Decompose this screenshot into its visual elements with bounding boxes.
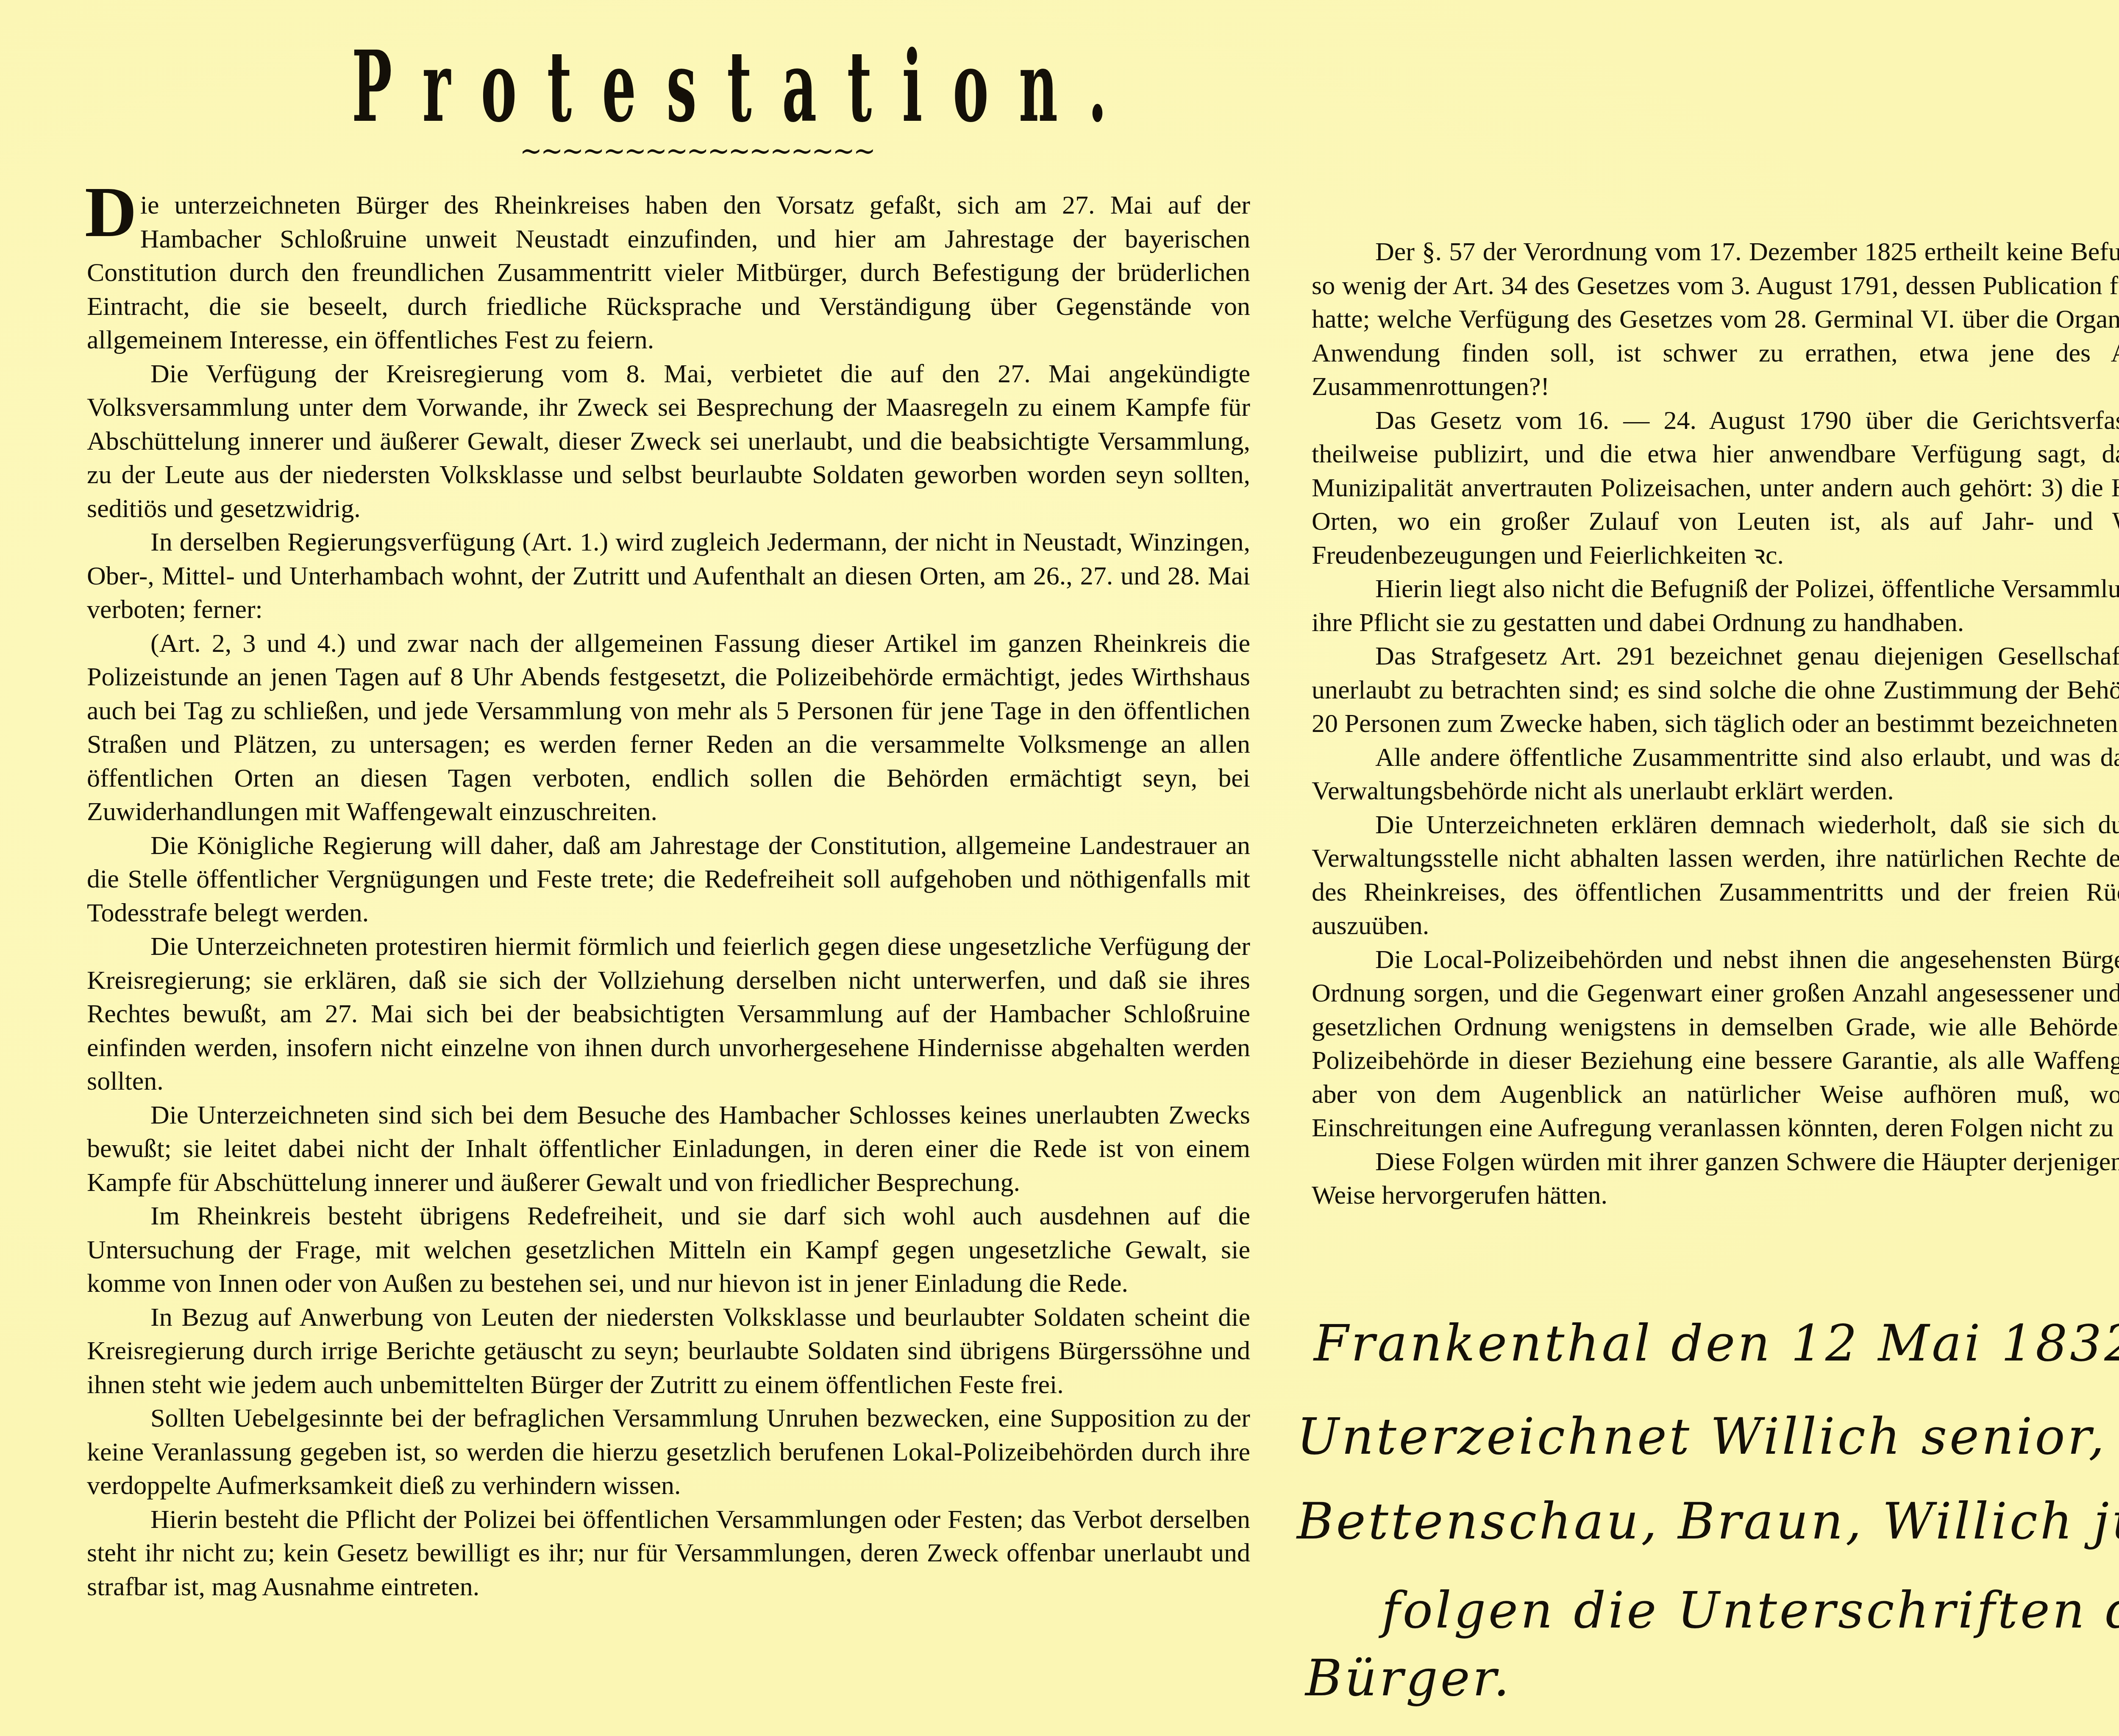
paragraph: Der §. 57 der Verordnung vom 17. Dezembe…: [1312, 235, 2119, 404]
handwritten-signatories-line: Unterzeichnet Willich senior, Starkinger…: [1297, 1407, 2119, 1466]
paragraph: (Art. 2, 3 und 4.) und zwar nach der all…: [87, 627, 1250, 829]
paragraph: Die Unterzeichneten sind sich bei dem Be…: [87, 1099, 1250, 1200]
paragraph: Hierin besteht die Pflicht der Polizei b…: [87, 1503, 1250, 1604]
handwritten-note-line: folgen die Unterschriften der übrigen: [1382, 1581, 2119, 1639]
left-column: Die unterzeichneten Bürger des Rheinkrei…: [87, 189, 1250, 1604]
paragraph: Die Local-Polizeibehörden und nebst ihne…: [1312, 943, 2119, 1145]
paragraph: Sollten Uebelgesinnte bei der befraglich…: [87, 1402, 1250, 1503]
paragraph: In Bezug auf Anwerbung von Leuten der ni…: [87, 1301, 1250, 1402]
handwritten-signatories-line: Bettenschau, Braun, Willich junior, Anwä…: [1297, 1492, 2119, 1550]
paragraph: In derselben Regierungsverfügung (Art. 1…: [87, 526, 1250, 627]
paragraph: Hierin liegt also nicht die Befugniß der…: [1312, 572, 2119, 640]
paragraph: Alle andere öffentliche Zusammentritte s…: [1312, 741, 2119, 808]
document-title: Protestation.: [352, 30, 1137, 144]
drop-cap: D: [85, 180, 137, 244]
paragraph: Die Verfügung der Kreisregierung vom 8. …: [87, 357, 1250, 526]
paragraph: Die Königliche Regierung will daher, daß…: [87, 829, 1250, 930]
paragraph: Das Gesetz vom 16. — 24. August 1790 übe…: [1312, 404, 2119, 573]
handwritten-note-line: Bürger.: [1305, 1649, 1512, 1707]
handwritten-date-line: Frankenthal den 12 Mai 1832.: [1314, 1314, 2119, 1372]
paragraph: Das Strafgesetz Art. 291 bezeichnet gena…: [1312, 640, 2119, 741]
paragraph: Die unterzeichneten Bürger des Rheinkrei…: [87, 189, 1250, 357]
paragraph: Im Rheinkreis besteht übrigens Redefreih…: [87, 1199, 1250, 1301]
paragraph: Die Unterzeichneten erklären demnach wie…: [1312, 808, 2119, 943]
right-column: Der §. 57 der Verordnung vom 17. Dezembe…: [1312, 235, 2119, 1213]
paragraph: Die Unterzeichneten protestiren hiermit …: [87, 930, 1250, 1099]
paragraph: Diese Folgen würden mit ihrer ganzen Sch…: [1312, 1145, 2119, 1213]
title-ornament: ~~~~~~~~~~~~~~~~~: [520, 134, 874, 168]
